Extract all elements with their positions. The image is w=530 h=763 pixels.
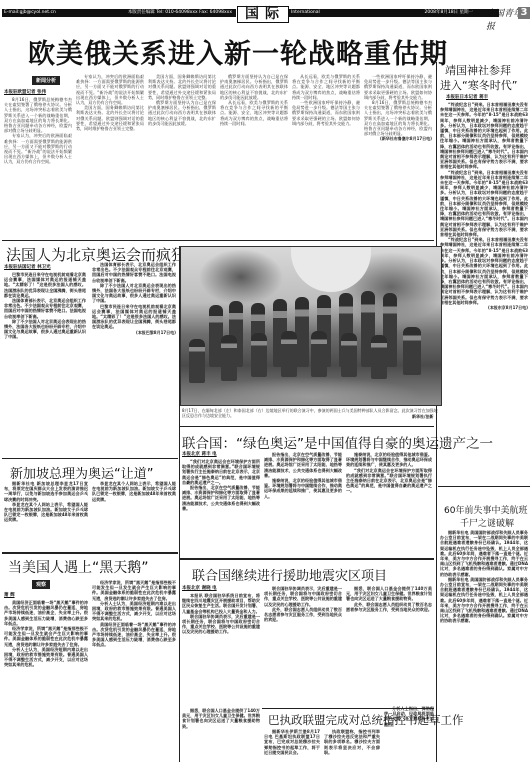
divider (2, 458, 178, 459)
sidebar-top-body: “终战纪念日”到来。日本首相福田康夫没有参拜靖国神社，这是近年来日本首相连续第二… (440, 102, 528, 480)
divider (2, 552, 178, 554)
divider (438, 486, 530, 487)
lead-byline: 本报驻欧盟记者 张伟 (4, 89, 46, 95)
sidebar-top-source: (本报东京8月17日电) (440, 305, 528, 310)
black-swan-byline: 萧 辉 (4, 592, 15, 598)
un-quake-byline: 本报北京 谢晓 电 (182, 585, 217, 591)
black-swan-column-2: 经济学家说，所谓“黑天鹅”是指那些极不可能发生但一旦发生就会产生巨大影响的事件。… (92, 580, 176, 760)
paragraph: 一些欧洲国家呼吁保持冷静，避免局势进一步升级。德法等国主张与俄罗斯保持沟通渠道，… (292, 100, 360, 126)
un-green-headline[interactable]: 联合国：“绿色奥运”是中国值得自豪的奥运遗产之一 (182, 432, 493, 452)
pakistan-column-3: 分析人士指出，弹劾程序一旦启动，巴政局将面临新的动荡，各方博弈将更加激烈。 (384, 706, 434, 762)
paragraph: 巴黎市民连日来守在电视机前观看北京奥运会赛事，法国媒体对奥运的报道铺天盖地。“太… (4, 272, 86, 298)
paragraph: 此外，联合国志愿人员组织动员了数百名志愿者参与灾区服务工作，受到当地民众的欢迎。 (346, 602, 432, 612)
paragraph: 施泰纳说，北京的经验值得其他城市借鉴。环境规划署将与中国继续合作，推动奥运环保成… (346, 452, 432, 468)
column-divider (179, 246, 180, 762)
paragraph: 俄罗斯方面坚持认为自己是在保护南奥塞梯居民。分析指出，俄罗斯通过此次行动向西方表… (148, 100, 216, 126)
paragraph: 美国经济正面临着一场“黑天鹅”事件的冲击。次贷危机引发的金融风暴仍在蔓延，房地产… (92, 622, 176, 648)
sidebar-top-headline-2[interactable]: 进入“寒冬时代” (440, 77, 517, 93)
paragraph: 经济学家说，所谓“黑天鹅”是指那些极不可能发生但一旦发生就会产生巨大影响的事件。… (92, 580, 176, 601)
un-quake-column-1: 本报讯 联合国驻华系统日前宣布，将继续在四川地震灾区开展援助项目，帮助灾区民众恢… (182, 593, 260, 705)
paragraph: “终战纪念日”到来。日本首相福田康夫没有参拜靖国神社，这是近年来日本首相连续第二… (440, 170, 528, 238)
lead-column-1: 8月16日，俄罗斯总统梅德韦杰夫在索契签署了俄格停火协议。分析人士指出，这场冲突… (4, 97, 72, 237)
issue-date: 2008年8月18日 星期一 (425, 9, 473, 17)
paragraph: “我们对北京奥运会在环境保护方面所取得的成就感到非常满意。”联合国环境规划署执行… (182, 459, 260, 485)
paragraph: 美国方面，国务卿赖斯访问第比利斯表达支持。北约外长会议将讨论对俄关系问题。欧盟则… (76, 105, 144, 131)
paragraph: 据悉，联合国人口基金会提供了140万美元，用于灾区妇女儿童卫生保健。世界粮食计划… (182, 708, 260, 729)
paragraph: 专家认为，冲突后的欧洲面临艰难抉择：一方面需要俄罗斯的能源供应，另一方面又不能对… (4, 133, 72, 164)
paragraph: 8月16日，俄罗斯总统梅德韦杰夫在索契签署了俄格停火协议。分析人士指出，这场冲突… (4, 97, 72, 133)
un-quake-continuation: 据悉，联合国人口基金会提供了140万美元，用于灾区妇女儿童卫生保健。世界粮食计划… (182, 708, 260, 762)
news-analysis-tag: 新闻分析 (32, 76, 60, 85)
paragraph: “终战纪念日”到来。日本首相福田康夫没有参拜靖国神社，这是近年来日本首相连续第二… (440, 237, 528, 305)
lead-headline[interactable]: 欧美俄关系进入新一轮战略重估期 (28, 32, 448, 71)
section-english: International (291, 10, 320, 15)
paragraph: 本报讯 联合国驻华系统日前宣布，将继续在四川地震灾区开展援助项目，帮助灾区民众恢… (182, 593, 260, 614)
paragraph: 经济学家说，所谓“黑天鹅”是指那些极不可能发生但一旦发生就会产生巨大影响的事件。… (4, 626, 88, 647)
paragraph: 除了不少法国人对北京奥运会表现出的热情外，法国各大报纸也纷纷开辟专栏，介绍中国文… (4, 319, 86, 340)
photo-credit: 新华社/法新 (412, 414, 433, 420)
paragraph: 执政联盟称，指控书列举了穆沙拉夫违反宪法和严重失职的多项罪名。穆沙拉夫方面则表示… (324, 729, 380, 755)
hatch-decoration-icon: \\\\ (474, 9, 479, 16)
un-green-column-3: 施泰纳说，北京的经验值得其他城市借鉴。环境规划署将与中国继续合作，推动奥运环保成… (346, 452, 432, 551)
paragraph: 据新华社伊斯兰堡8月17日电 巴基斯坦执政联盟17日宣布，已完成对总统穆沙拉夫弹… (264, 729, 320, 755)
paragraph: 分析人士认为，美国经济短期内难以走出困境，政府的救市措施效果有限。普通美国人不得… (4, 647, 88, 668)
paragraph: 8月16日，俄罗斯总统梅德韦杰夫在索契签署了俄格停火协议。分析人士指出，这场冲突… (364, 100, 432, 136)
black-swan-column-1: 美国经济正面临着一场“黑天鹅”事件的冲击。次贷危机引发的金融风暴仍在蔓延，房地产… (4, 600, 88, 760)
masthead-left-bar: E-mail:gjb@cyol.net.cn 本版责任编辑 Tel: 010-6… (2, 9, 236, 17)
singapore-headline[interactable]: 新加坡总理为奥运“让道” (10, 463, 153, 482)
observation-tag: 观察 (32, 580, 50, 589)
paragraph: 据新华社电 美国国防部战俘和失踪人员事务办公室日前宣布，一架在二战期间失事的中美… (440, 577, 528, 624)
paragraph: 从长远看，欧美与俄罗斯的关系将在竞争与合作之间寻找新的平衡点。能源、安全、地区冲… (220, 100, 288, 126)
un-quake-headline[interactable]: 联合国继续进行援助地震灾区项目 (192, 565, 387, 584)
section-title: 国际 (237, 6, 289, 23)
contact-info: 本版责任编辑 Tel: 010-64098xxx Fax: 64098xxx (128, 9, 232, 17)
paragraph: 美国方面，国务卿赖斯访问第比利斯表达支持。北约外长会议将讨论对俄关系问题。欧盟则… (148, 74, 216, 100)
paragraph: 此外，联合国志愿人员组织动员了数百名志愿者参与灾区服务工作，受到当地民众的欢迎。 (264, 607, 342, 623)
paragraph: 施泰纳说，北京的经验值得其他城市借鉴。环境规划署将与中国继续合作，推动奥运环保成… (264, 478, 342, 499)
paragraph: 法国体育部长表示，北京奥运会组织工作非常出色。不少法国观众专程前往北京观赛，回国… (92, 262, 176, 283)
masthead-right-bar: International 2008年8月18日 星期一 (289, 9, 499, 17)
sidebar-bottom-headline-1[interactable]: 60年前失事中美航班 (444, 503, 527, 516)
france-column-2: 法国体育部长表示，北京奥运会组织工作非常出色。不少法国观众专程前往北京观赛，回国… (92, 262, 176, 452)
un-green-column-1: “我们对北京奥运会在环境保护方面所取得的成就感到非常满意。”联合国环境规划署执行… (182, 459, 260, 551)
un-green-byline: 本报北京 蒋丰 电 (182, 451, 217, 457)
pakistan-column-1: 据新华社伊斯兰堡8月17日电 巴基斯坦执政联盟17日宣布，已完成对总统穆沙拉夫弹… (264, 729, 320, 762)
singapore-column-1: 据新华社电 新加坡总理李显龙17日宣布，将原定在国庆群众大会上发表的演讲推迟一周… (4, 481, 88, 549)
lead-column-3: 美国方面，国务卿赖斯访问第比利斯表达支持。北约外长会议将讨论对俄关系问题。欧盟则… (148, 74, 216, 237)
paragraph: 从长远看，欧美与俄罗斯的关系将在竞争与合作之间寻找新的平衡点。能源、安全、地区冲… (292, 74, 360, 100)
paragraph: 报告指出，北京在空气质量改善、节能减排、水资源保护和绿化等方面取得了显著进展。奥… (182, 485, 260, 511)
page-number: 3 (518, 7, 530, 19)
divider (180, 558, 434, 560)
pakistan-headline[interactable]: 巴执政联盟完成对总统指控书起草工作 (268, 712, 464, 728)
lead-column-6: 一些欧洲国家呼吁保持冷静，避免局势进一步升级。德法等国主张与俄罗斯保持沟通渠道，… (364, 74, 432, 237)
photo-caption: 8月17日，在缅甸北部（左）和泰国北部（右）边境地区举行的联合演习中，参演的两国… (182, 408, 440, 418)
paragraph: “我们对北京奥运会在环境保护方面所取得的成就感到非常满意。”联合国环境规划署执行… (346, 468, 432, 494)
black-swan-headline[interactable]: 当美国人遇上“黑天鹅” (8, 557, 149, 577)
email-link[interactable]: E-mail:gjb@cyol.net.cn (4, 10, 56, 15)
france-column-1: 巴黎市民连日来守在电视机前观看北京奥运会赛事，法国媒体对奥运的报道铺天盖地。“太… (4, 272, 86, 452)
paragraph: 专家认为，冲突后的欧洲面临艰难抉择：一方面需要俄罗斯的能源供应，另一方面又不能对… (76, 74, 144, 105)
paragraph: 巴黎市民连日来守在电视机前观看北京奥运会赛事，法国媒体对奥运的报道铺天盖地。“太… (92, 304, 176, 330)
lead-source: (新华社布鲁塞尔8月17日电) (364, 136, 432, 141)
paragraph: 俄罗斯方面坚持认为自己是在保护南奥塞梯居民。分析指出，俄罗斯通过此次行动向西方表… (220, 74, 288, 100)
paragraph: “终战纪念日”到来。日本首相福田康夫没有参拜靖国神社，这是近年来日本首相连续第二… (440, 102, 528, 170)
lead-column-4: 俄罗斯方面坚持认为自己是在保护南奥塞梯居民。分析指出，俄罗斯通过此次行动向西方表… (220, 74, 288, 237)
france-source: (本报巴黎8月17日电) (92, 330, 176, 335)
masthead: E-mail:gjb@cyol.net.cn 本版责任编辑 Tel: 010-6… (0, 6, 530, 20)
paragraph: 法国体育部长表示，北京奥运会组织工作非常出色。不少法国观众专程前往北京观赛，回国… (4, 298, 86, 319)
divider (180, 426, 434, 427)
paragraph: 李显龙在其个人网站上表示，希望国人能在电视前为新加坡队加油。新加坡女子乒乓球队已… (92, 481, 176, 502)
sidebar-top-byline: 本报驻日本记者 蒋丰 (446, 94, 488, 100)
un-green-column-2: 报告指出，北京在空气质量改善、节能减排、水资源保护和绿化等方面取得了显著进展。奥… (264, 452, 342, 551)
paragraph: 报告指出，北京在空气质量改善、节能减排、水资源保护和绿化等方面取得了显著进展。奥… (264, 452, 342, 478)
un-quake-column-2: 联合国驻华协调员表示，灾后重建是一项长期任务，联合国将与中国政府密切合作，重点关… (264, 586, 342, 705)
sidebar-top-headline-1[interactable]: 靖国神社参拜 (445, 62, 511, 78)
pakistan-column-2: 执政联盟称，指控书列举了穆沙拉夫违反宪法和严重失职的多项罪名。穆沙拉夫方面则表示… (324, 729, 380, 762)
paragraph: 除了不少法国人对北京奥运会表现出的热情外，法国各大报纸也纷纷开辟专栏，介绍中国文… (92, 283, 176, 304)
paragraph: 据新华社电 美国国防部战俘和失踪人员事务办公室日前宣布，一架在二战期间失事的中美… (440, 530, 528, 577)
lead-column-2: 专家认为，冲突后的欧洲面临艰难抉择：一方面需要俄罗斯的能源供应，另一方面又不能对… (76, 74, 144, 237)
divider (2, 240, 434, 241)
paragraph: 李显龙在其个人网站上表示，希望国人能在电视前为新加坡队加油。新加坡女子乒乓球队已… (4, 502, 88, 523)
singapore-column-2: 李显龙在其个人网站上表示，希望国人能在电视前为新加坡队加油。新加坡女子乒乓球队已… (92, 481, 176, 549)
news-photo (180, 246, 442, 406)
un-quake-column-3: 据悉，联合国人口基金会提供了140万美元，用于灾区妇女儿童卫生保健。世界粮食计划… (346, 586, 432, 705)
paragraph: 联合国驻华协调员表示，灾后重建是一项长期任务，联合国将与中国政府密切合作，重点关… (182, 614, 260, 635)
paragraph: 分析人士指出，弹劾程序一旦启动，巴政局将面临新的动荡，各方博弈将更加激烈。 (384, 706, 434, 727)
lead-column-5: 从长远看，欧美与俄罗斯的关系将在竞争与合作之间寻找新的平衡点。能源、安全、地区冲… (292, 74, 360, 237)
sidebar-bottom-headline-2[interactable]: 千尸之谜破解 (460, 516, 514, 529)
paragraph: 一些欧洲国家呼吁保持冷静，避免局势进一步升级。德法等国主张与俄罗斯保持沟通渠道，… (364, 74, 432, 100)
paragraph: 据悉，联合国人口基金会提供了140万美元，用于灾区妇女儿童卫生保健。世界粮食计划… (346, 586, 432, 602)
paragraph: 联合国驻华协调员表示，灾后重建是一项长期任务，联合国将与中国政府密切合作，重点关… (264, 586, 342, 607)
paragraph: 据新华社电 新加坡总理李显龙17日宣布，将原定在国庆群众大会上发表的演讲推迟一周… (4, 481, 88, 502)
paragraph: 分析人士认为，美国经济短期内难以走出困境，政府的救市措施效果有限。普通美国人不得… (92, 601, 176, 622)
paragraph: 美国经济正面临着一场“黑天鹅”事件的冲击。次贷危机引发的金融风暴仍在蔓延，房地产… (4, 600, 88, 626)
france-byline: 本报驻法国记者 林卫光 (4, 264, 51, 270)
